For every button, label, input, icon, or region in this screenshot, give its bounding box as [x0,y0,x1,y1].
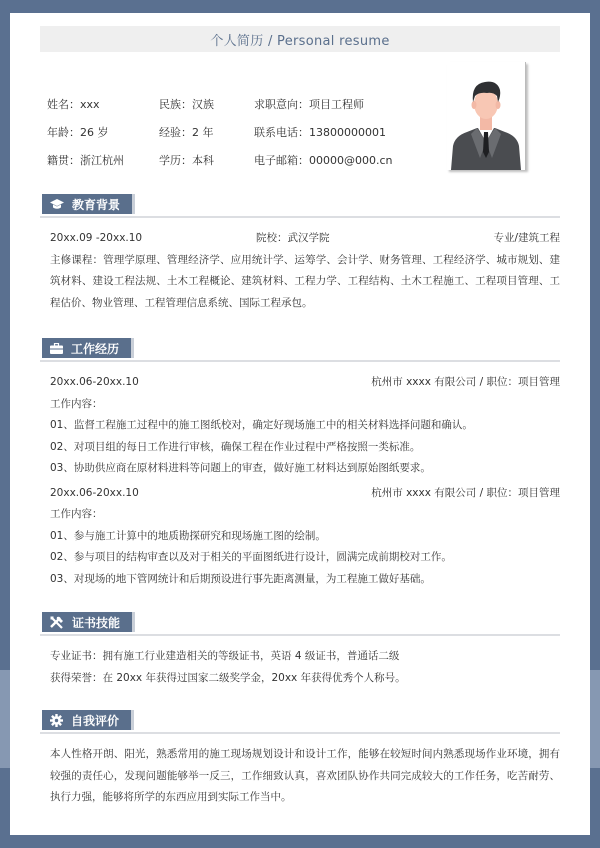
skills-tag: 证书技能 [42,612,135,632]
education-tag: 教育背景 [42,194,135,214]
education-content: 20xx.09 -20xx.10 院校：武汉学院 专业/建筑工程 主修课程：管理… [50,228,560,314]
tools-icon [50,616,64,629]
self-eval-tag: 自我评价 [42,710,134,730]
job-duty: 01、参与施工计算中的地质勘探研究和现场施工图的绘制。 [50,526,560,548]
skills-content: 专业证书：拥有施工行业建造相关的等级证书，英语 4 级证书，普通话二级 获得荣誉… [50,646,560,689]
job-duty: 03、协助供应商在原材料进料等问题上的审查，做好施工材料达到原始图纸要求。 [50,458,560,480]
self-eval-content: 本人性格开朗、阳光，熟悉常用的施工现场规划设计和设计工作，能够在较短时间内熟悉现… [50,744,560,809]
work-content: 20xx.06-20xx.10 杭州市 xxxx 有限公司 / 职位：项目管理 … [50,372,560,590]
self-eval-section-header: 自我评价 [40,710,560,734]
education-section-header: 教育背景 [40,194,560,218]
phone-field: 联系电话：13800000001 [254,124,386,140]
avatar-icon [447,62,525,170]
graduation-cap-icon [50,198,64,210]
resume-page: 个人简历 / Personal resume 姓名：xxx 民族：汉族 求职意向… [10,13,590,835]
email-field: 电子邮箱：00000@000.cn [254,152,393,168]
work-section-header: 工作经历 [40,338,560,362]
education-summary-row: 20xx.09 -20xx.10 院校：武汉学院 专业/建筑工程 [50,228,560,250]
job-period: 20xx.06-20xx.10 [50,487,139,499]
job-period: 20xx.06-20xx.10 [50,376,139,388]
briefcase-icon [50,343,63,354]
honors-line: 获得荣誉：在 20xx 年获得过国家二级奖学金，20xx 年获得优秀个人称号。 [50,668,560,690]
job-duty: 02、参与项目的结构审查以及对于相关的平面图纸进行设计，圆满完成前期校对工作。 [50,547,560,569]
education-school: 院校：武汉学院 [256,228,330,250]
job-company: 杭州市 xxxx 有限公司 / 职位：项目管理 [371,372,560,394]
ethnicity-field: 民族：汉族 [159,96,214,112]
job-content-label: 工作内容： [50,394,560,416]
job-company: 杭州市 xxxx 有限公司 / 职位：项目管理 [371,483,560,505]
work-title: 工作经历 [71,340,119,357]
job-duty: 02、对项目组的每日工作进行审核，确保工程在作业过程中严格按照一类标准。 [50,437,560,459]
job-content-label: 工作内容： [50,504,560,526]
job-header-row: 20xx.06-20xx.10 杭州市 xxxx 有限公司 / 职位：项目管理 [50,483,560,505]
education-courses: 主修课程：管理学原理、管理经济学、应用统计学、运筹学、会计学、财务管理、工程经济… [50,250,560,315]
education-level-field: 学历：本科 [159,152,214,168]
education-major: 专业/建筑工程 [493,228,560,250]
job-intention-field: 求职意向：项目工程师 [254,96,364,112]
job-header-row: 20xx.06-20xx.10 杭州市 xxxx 有限公司 / 职位：项目管理 [50,372,560,394]
age-field: 年龄：26 岁 [47,124,109,140]
self-eval-text: 本人性格开朗、阳光，熟悉常用的施工现场规划设计和设计工作，能够在较短时间内熟悉现… [50,744,560,809]
page-title: 个人简历 / Personal resume [40,26,560,52]
self-eval-title: 自我评价 [71,712,119,729]
experience-field: 经验：2 年 [159,124,214,140]
hometown-field: 籍贯：浙江杭州 [47,152,124,168]
certificates-line: 专业证书：拥有施工行业建造相关的等级证书，英语 4 级证书，普通话二级 [50,646,560,668]
education-period: 20xx.09 -20xx.10 [50,232,142,244]
profile-photo [447,62,526,170]
job-duty: 03、对现场的地下管网统计和后期预设进行事先距离测量，为工程施工做好基础。 [50,569,560,591]
skills-title: 证书技能 [72,614,120,631]
education-title: 教育背景 [72,196,120,213]
skills-section-header: 证书技能 [40,612,560,636]
job-duty: 01、监督工程施工过程中的施工图纸校对，确定好现场施工中的相关材料选择问题和确认… [50,415,560,437]
gear-icon [50,714,63,727]
work-tag: 工作经历 [42,338,134,358]
name-field: 姓名：xxx [47,96,100,112]
